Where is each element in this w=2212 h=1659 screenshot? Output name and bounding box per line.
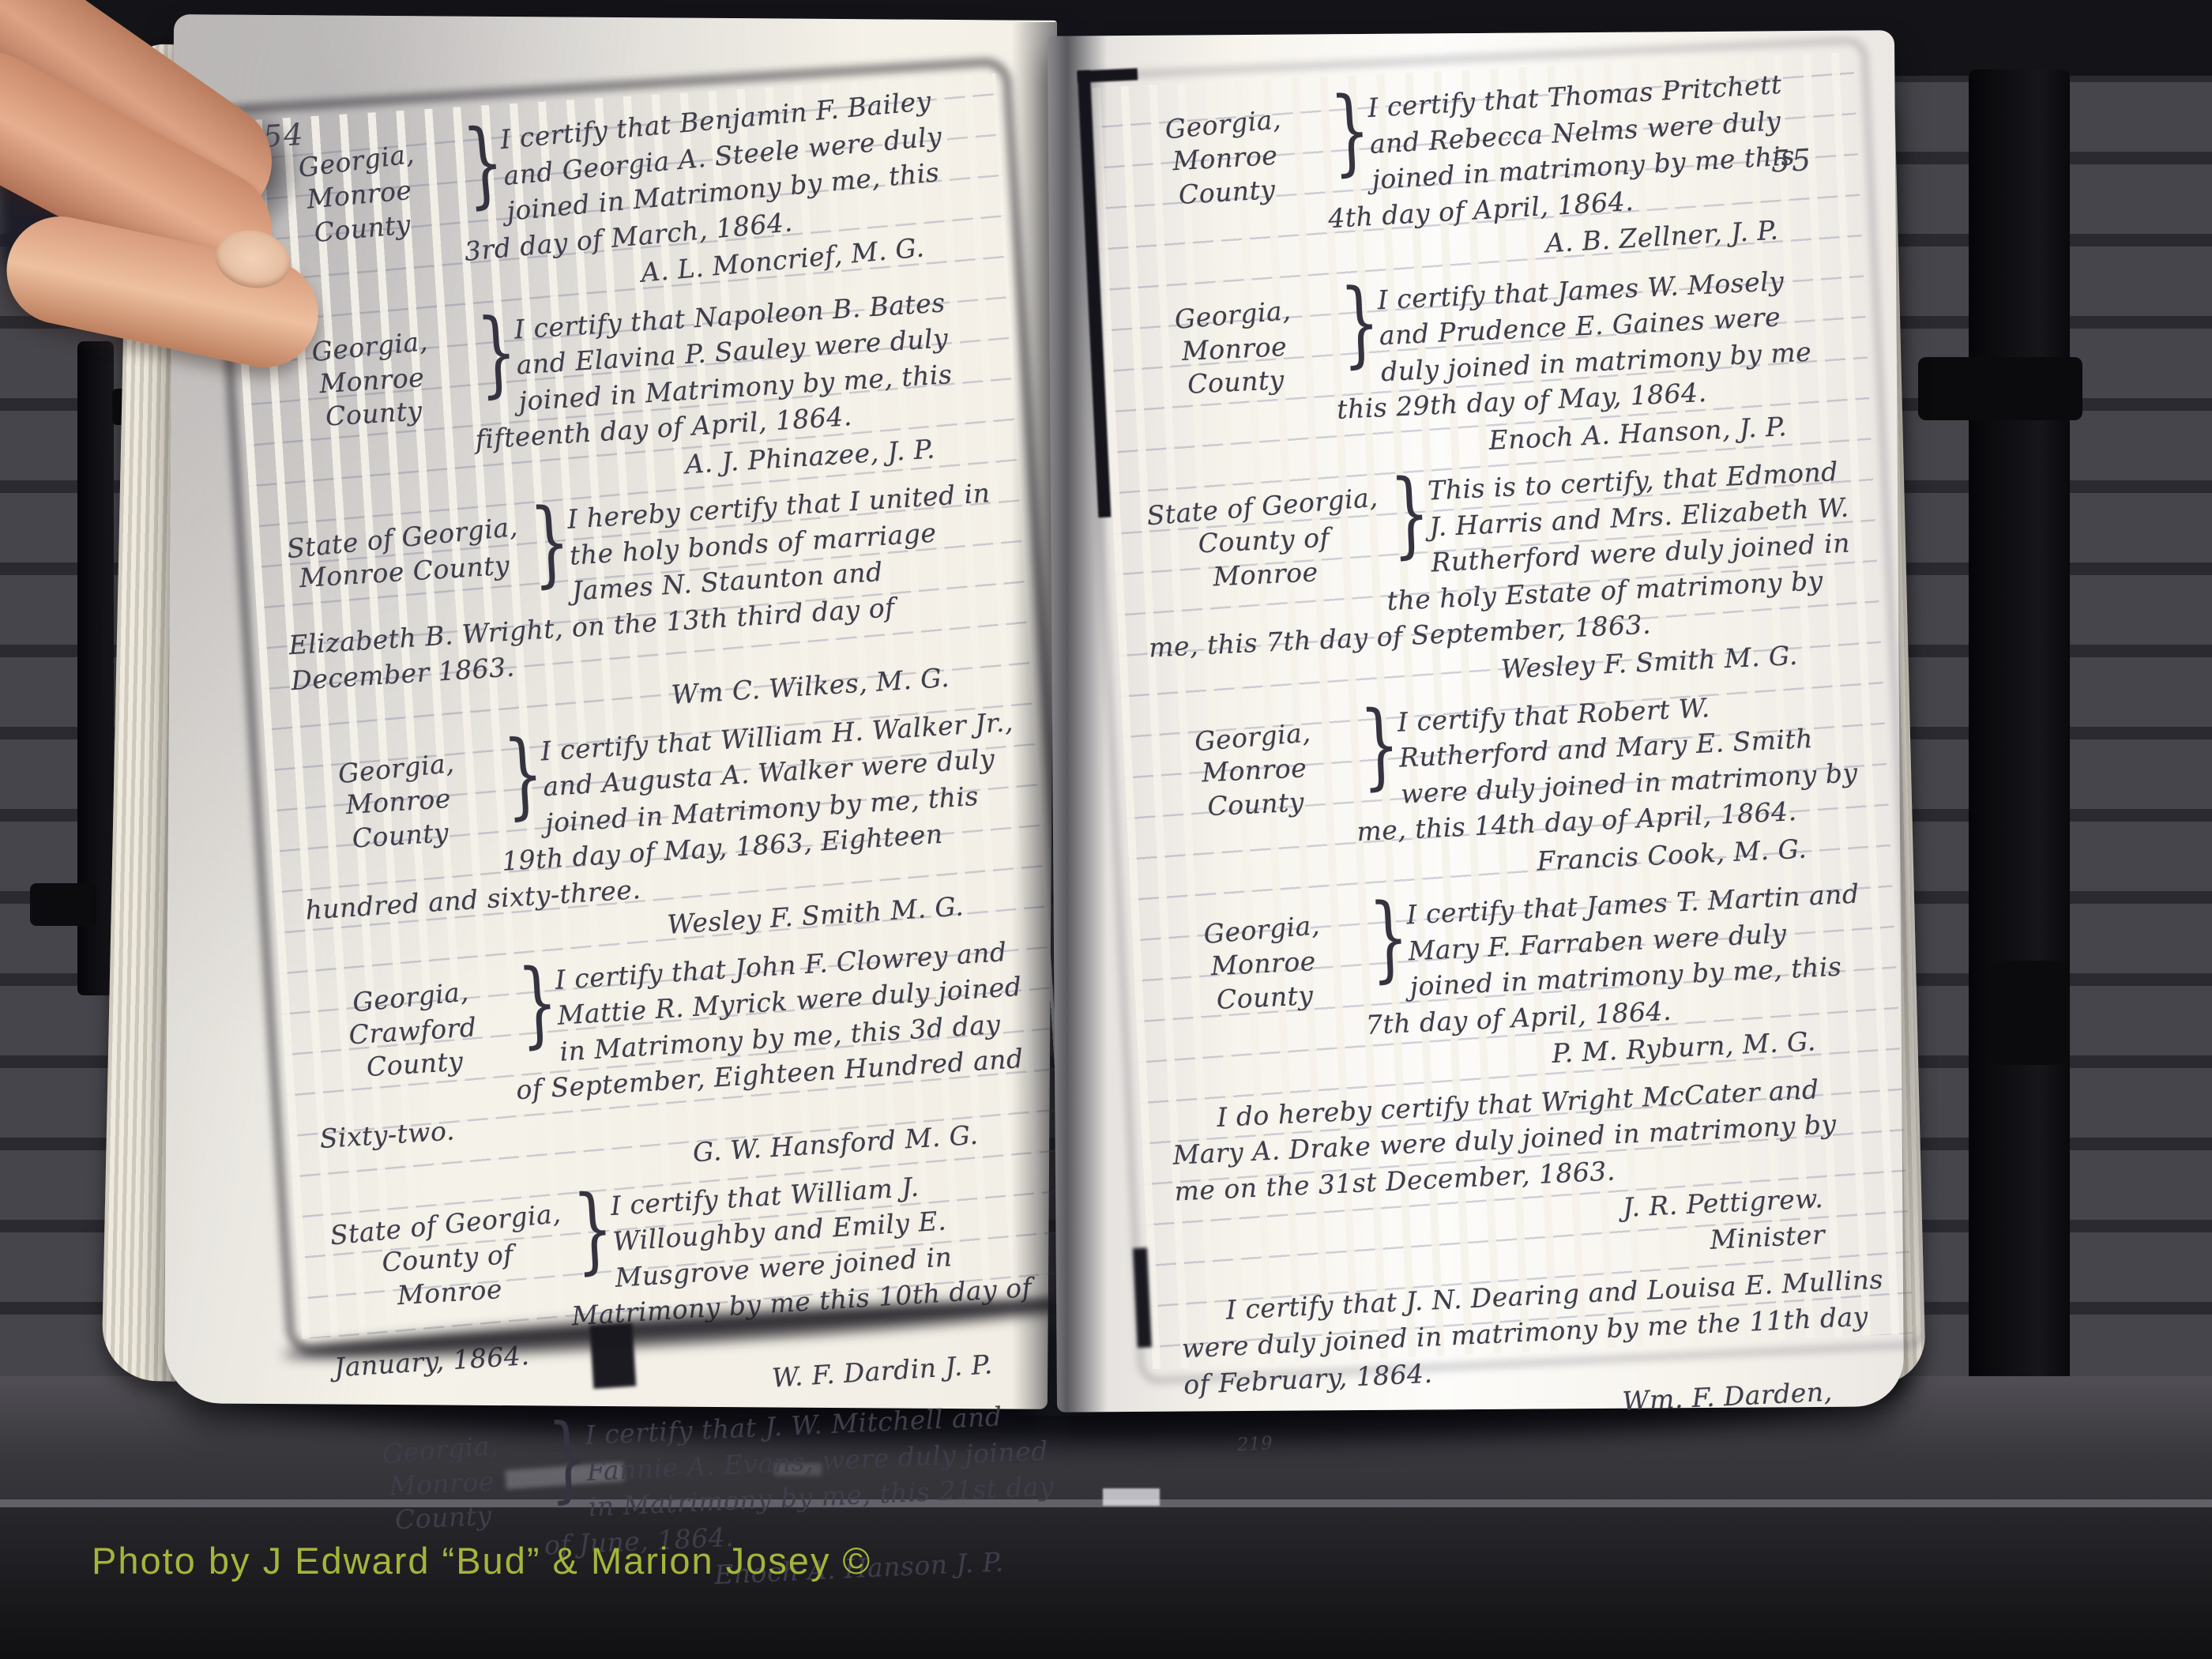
right-page-entries: Georgia,Monroe County}I certify that Tho… bbox=[1123, 67, 1891, 1359]
entry-place-line: Monroe County bbox=[1163, 942, 1365, 1020]
entry-place-line: Monroe County bbox=[1154, 750, 1356, 827]
book-gutter-shadow bbox=[1011, 22, 1108, 1416]
entry-brace-icon: } bbox=[517, 962, 551, 1043]
entry-brace-icon: } bbox=[529, 502, 563, 583]
marriage-entry: I do hereby certify that Wright McCater … bbox=[1170, 1068, 1887, 1283]
entry-place: Georgia,Crawford County bbox=[310, 965, 515, 1088]
marriage-entry: Georgia,Monroe County}I certify that Tho… bbox=[1123, 63, 1841, 285]
right-page: 55 Georgia,Monroe County}I certify that … bbox=[1048, 30, 1904, 1412]
entry-place: State of Georgia,County of Monroe bbox=[324, 1191, 570, 1317]
marriage-entry: State of Georgia,Monroe County}I hereby … bbox=[281, 475, 1012, 737]
entry-place: Georgia,Monroe County bbox=[1161, 899, 1365, 1019]
entry-brace-icon: } bbox=[547, 1418, 580, 1499]
entry-place-line: Monroe County bbox=[1134, 328, 1337, 405]
right-photocopy-frame: 55 Georgia,Monroe County}I certify that … bbox=[1085, 45, 1920, 1375]
right-stand-bar bbox=[1969, 70, 2070, 1403]
entry-brace-icon: } bbox=[476, 312, 510, 393]
marriage-entry: I certify that J. N. Dearing and Louisa … bbox=[1179, 1262, 1896, 1461]
marriage-entry: Georgia,Monroe County}I certify that Rob… bbox=[1152, 683, 1869, 897]
entry-brace-icon: } bbox=[1368, 897, 1401, 978]
entry-place-line: Monroe County bbox=[341, 1463, 544, 1540]
marriage-entry: Georgia,Monroe County}I certify that Jam… bbox=[1132, 260, 1849, 475]
shelf-scratch bbox=[1103, 1488, 1160, 1506]
marriage-entry: Georgia,Monroe County}I certify that Wil… bbox=[295, 703, 1026, 965]
entry-place: Georgia,Monroe County bbox=[1132, 284, 1336, 404]
hand bbox=[0, 0, 458, 340]
entry-place: State of Georgia,County of Monroe bbox=[1142, 476, 1386, 598]
entry-brace-icon: } bbox=[572, 1189, 607, 1270]
entry-place: Georgia,Monroe County bbox=[1152, 706, 1356, 826]
marriage-entry: Georgia,Monroe County}I certify that Jam… bbox=[1161, 875, 1879, 1090]
entry-place: Georgia,Monroe County bbox=[340, 1420, 544, 1540]
entry-brace-icon: } bbox=[1329, 91, 1363, 171]
entry-brace-icon: } bbox=[1359, 705, 1392, 785]
right-stand-knob bbox=[1991, 961, 2068, 1065]
right-stand-clamp bbox=[1918, 357, 2082, 420]
entry-place: Georgia,Monroe County bbox=[1123, 92, 1328, 215]
entry-brace-icon: } bbox=[1339, 282, 1372, 363]
entry-brace-icon: } bbox=[502, 734, 536, 814]
shelf-front-face bbox=[0, 1507, 2212, 1659]
marriage-entry: State of Georgia,County of Monroe}This i… bbox=[1142, 453, 1860, 704]
marriage-entry: Georgia,Crawford County}I certify that J… bbox=[310, 932, 1040, 1194]
watermark-text: Photo by J Edward “Bud” & Marion Josey © bbox=[92, 1539, 871, 1582]
left-stand-knob bbox=[30, 883, 96, 926]
entry-place: Georgia,Monroe County bbox=[295, 736, 501, 860]
photo-scene: 54 Georgia,Monroe County}I certify that … bbox=[0, 0, 2212, 1659]
marriage-entry: State of Georgia,County of Monroe}I cert… bbox=[324, 1161, 1055, 1424]
photocopy-tab-mark bbox=[589, 1323, 636, 1389]
entry-brace-icon: } bbox=[461, 122, 498, 204]
entry-place: State of Georgia,Monroe County bbox=[281, 505, 526, 597]
entry-brace-icon: } bbox=[1389, 473, 1422, 554]
